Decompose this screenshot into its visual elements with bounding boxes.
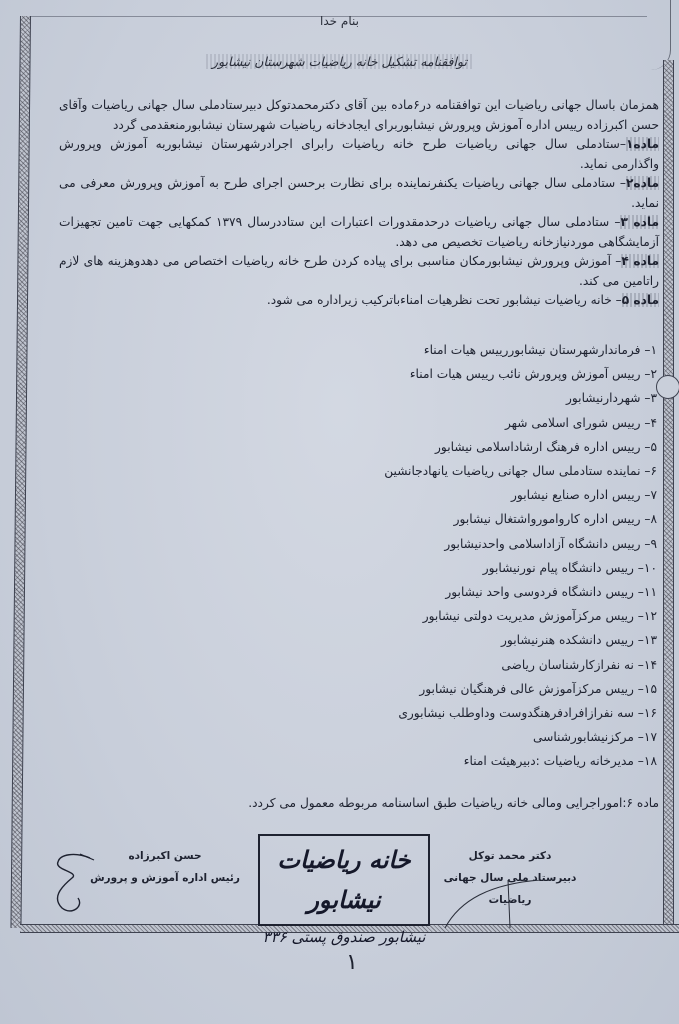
article-text: – آموزش وپرورش نیشابورمکان مناسبی برای پ… xyxy=(59,254,659,288)
trustee-item: ۸– رییس اداره کاروامورواشتغال نیشابور xyxy=(97,507,657,531)
basmala-heading: بنام خدا xyxy=(0,14,679,28)
trustee-item: ۱– فرماندارشهرستان نیشابوررییس هیات امنا… xyxy=(97,338,657,362)
trustee-item: ۷– رییس اداره صنایع نیشابور xyxy=(97,483,657,507)
trustee-item: ۱۸– مدیرخانه ریاضیات :دبیرهیئت امناء xyxy=(97,749,657,773)
trustee-item: ۶– نماینده ستادملی سال جهانی ریاضیات یان… xyxy=(97,459,657,483)
trustee-item: ۱۲– رییس مرکزآموزش مدیریت دولتی نیشابور xyxy=(97,604,657,628)
article-label: ماده ۳ xyxy=(620,215,659,229)
article-text: – خانه ریاضیات نیشابور تحت نظرهیات امناء… xyxy=(267,293,622,307)
signatory-left: حسن اکبرزاده رئیس اداره آموزش و پرورش xyxy=(90,845,240,889)
article-1: ماده۱–ستادملی سال جهانی ریاضیات طرح خانه… xyxy=(59,135,659,174)
trustee-item: ۱۴– نه نفرازکارشناسان ریاضی xyxy=(97,653,657,677)
trustee-item: ۹– رییس دانشگاه آزاداسلامی واحدنیشابور xyxy=(97,532,657,556)
page-number: ۱ xyxy=(346,950,358,975)
article-5: ماده ۵– خانه ریاضیات نیشابور تحت نظرهیات… xyxy=(59,291,659,311)
article-label: ماده۱ xyxy=(626,137,659,151)
decorative-border-left xyxy=(10,16,31,928)
trustee-item: ۱۳– رییس دانشکده هنرنیشابور xyxy=(97,628,657,652)
board-of-trustees-list: ۱– فرماندارشهرستان نیشابوررییس هیات امنا… xyxy=(97,338,657,774)
trustee-item: ۱۱– رییس دانشگاه فردوسی واحد نیشابور xyxy=(97,580,657,604)
signatory-name: دکتر محمد توکل xyxy=(430,845,590,867)
article-text: – ستادملی سال جهانی ریاضیات درحدمقدورات … xyxy=(59,215,659,249)
decorative-border-right xyxy=(663,60,674,930)
article-4: ماده ۴– آموزش وپرورش نیشابورمکان مناسبی … xyxy=(59,252,659,291)
official-stamp: خانه ریاضیات نیشابور نیشابور صندوق پستی … xyxy=(258,834,430,926)
stamp-title: خانه ریاضیات نیشابور xyxy=(260,840,428,920)
article-label: ماده ۵ xyxy=(622,293,659,307)
signatory-title: رئیس اداره آموزش و پرورش xyxy=(90,867,240,889)
article-text: –ستادملی سال جهانی ریاضیات طرح خانه ریاض… xyxy=(59,137,659,171)
agreement-body: همزمان باسال جهانی ریاضیات این توافقنامه… xyxy=(59,96,659,311)
article-text: – ستادملی سال جهانی ریاضیات یکنفرنماینده… xyxy=(59,176,659,210)
article-6: ماده ۶:اموراجرایی ومالی خانه ریاضیات طبق… xyxy=(59,794,659,813)
handwritten-signature-icon xyxy=(440,880,550,930)
trustee-item: ۲– رییس آموزش وپرورش نائب رییس هیات امنا… xyxy=(97,362,657,386)
document-title: توافقنامه تشکیل خانه ریاضیات شهرستان نیش… xyxy=(0,54,679,69)
article-2: ماده۲– ستادملی سال جهانی ریاضیات یکنفرنم… xyxy=(59,174,659,213)
decorative-border-knot xyxy=(656,375,679,399)
trustee-item: ۴– رییس شورای اسلامی شهر xyxy=(97,411,657,435)
trustee-item: ۱۰– رییس دانشگاه پیام نورنیشابور xyxy=(97,556,657,580)
scanned-document-page: بنام خدا توافقنامه تشکیل خانه ریاضیات شه… xyxy=(0,0,679,1024)
handwritten-signature-icon xyxy=(50,848,100,918)
trustee-item: ۵– رییس اداره فرهنگ ارشاداسلامی نیشابور xyxy=(97,435,657,459)
stamp-po-box: نیشابور صندوق پستی ۳۳۶ xyxy=(260,920,428,954)
document-title-text: توافقنامه تشکیل خانه ریاضیات شهرستان نیش… xyxy=(206,54,473,69)
trustee-item: ۱۷– مرکزنیشابورشناسی xyxy=(97,725,657,749)
trustee-item: ۱۶– سه نفرازافرادفرهنگدوست وداوطلب نیشاب… xyxy=(97,701,657,725)
trustee-item: ۳– شهردارنیشابور xyxy=(97,386,657,410)
article-3: ماده ۳– ستادملی سال جهانی ریاضیات درحدمق… xyxy=(59,213,659,252)
intro-paragraph: همزمان باسال جهانی ریاضیات این توافقنامه… xyxy=(59,96,659,135)
article-label: ماده۲ xyxy=(626,176,659,190)
signatory-name: حسن اکبرزاده xyxy=(90,845,240,867)
article-label: ماده ۴ xyxy=(621,254,659,268)
trustee-item: ۱۵– رییس مرکزآموزش عالی فرهنگیان نیشابور xyxy=(97,677,657,701)
